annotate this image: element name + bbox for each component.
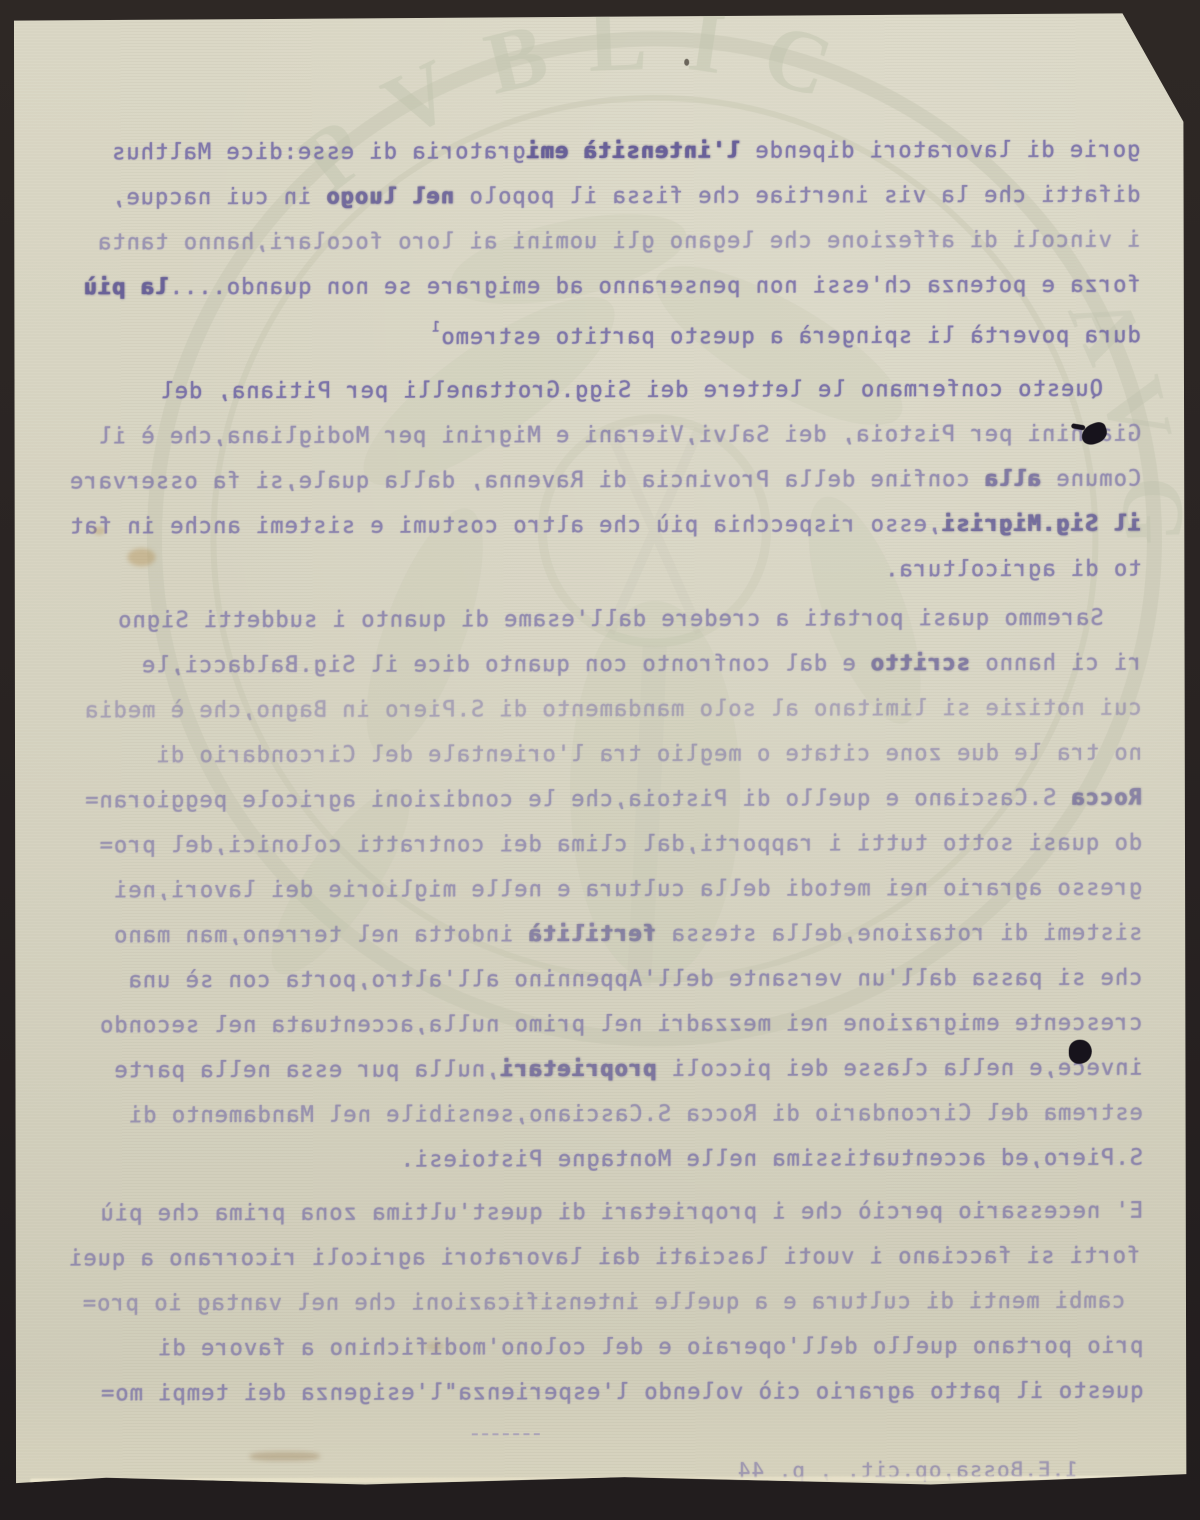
paragraph: gorie di lavoratori dipende l'intensità … <box>62 128 1141 356</box>
typescript-line: S.Piero,ed accentuatissima nelle Montagn… <box>65 1136 1143 1184</box>
paragraph: E' necessario perciò che i proprietari d… <box>65 1189 1144 1417</box>
paragraph: Saremmo quasi portati a credere dall'esa… <box>64 596 1144 1184</box>
typescript-line: gresso agrario nei metodi della cultura … <box>64 866 1142 914</box>
typescript-line: to di agricoltura. <box>63 547 1141 595</box>
typescript-line: forti si facciano i vuoti lasciati dai l… <box>62 1234 1140 1282</box>
typescript-line: estrema del Circondario di Rocca S.Casci… <box>65 1091 1143 1139</box>
footnote-divider <box>472 1433 540 1435</box>
typescript-line: il Sig.Migrisi,esso rispecchia più che a… <box>63 502 1141 550</box>
typescript-line: questo il patto agrario ciò volendo l'es… <box>66 1369 1144 1417</box>
typescript-line: forza e potenza ch'essi non penseranno a… <box>63 263 1141 311</box>
mirrored-ink-layer: gorie di lavoratori dipende l'intensità … <box>8 9 1190 1490</box>
typescript-line: gorie di lavoratori dipende l'intensità … <box>62 128 1140 176</box>
typescript-line: do quasi sotto tutti i rapporti,dal clim… <box>64 821 1142 869</box>
typescript-line: no tra le due zone citate o meglio tra l… <box>64 731 1142 779</box>
typescript-line: dura povertà li spingerà a questo partit… <box>63 308 1141 356</box>
typescript-line: cui notizie si limitano al solo mandamen… <box>64 686 1142 734</box>
typescript-text: gorie di lavoratori dipende l'intensità … <box>62 128 1143 1417</box>
typescript-line: sistemi di rotazione,della stessa fertil… <box>64 911 1142 959</box>
typescript-line: Giannini per Pistoia, dei Salvi,Vierani … <box>63 412 1141 460</box>
typescript-line: Questo confermano le lettere dei Sigg.Gr… <box>63 367 1141 415</box>
typescript-line: i vincoli di affezione che legano gli uo… <box>63 218 1141 266</box>
typescript-line: difatti che la vis inertiae che fissa il… <box>62 173 1140 221</box>
scanned-document-background: { "document": { "language": "Italian (mi… <box>0 0 1200 1520</box>
typescript-line: crescente emigrazione nei mezzadri nel p… <box>65 1001 1143 1049</box>
typescript-line: Rocca S.Casciano e quello di Pistoia,che… <box>64 776 1142 824</box>
typescript-line: Comune alla confine della Provincia di R… <box>63 457 1141 505</box>
typescript-line: E' necessario perciò che i proprietari d… <box>65 1189 1143 1237</box>
typescript-line: cambi menti di cultura e a quelle intens… <box>47 1279 1125 1327</box>
paper-speck <box>684 59 689 66</box>
document-page: PVBLIC AVG gorie di lavoratori dipende l… <box>8 9 1190 1490</box>
typescript-line: invece,e nella classe dei piccoli propri… <box>65 1046 1143 1094</box>
typescript-line: che si passa dall'un versante dell'Appen… <box>65 956 1143 1004</box>
paragraph: Questo confermano le lettere dei Sigg.Gr… <box>63 367 1142 595</box>
typescript-line: ri ci hanno scritto e dal confronto con … <box>64 641 1142 689</box>
typescript-line: prio portano quello dell'operaio e del c… <box>66 1324 1144 1372</box>
typescript-line: Saremmo quasi portati a credere dall'esa… <box>64 596 1142 644</box>
